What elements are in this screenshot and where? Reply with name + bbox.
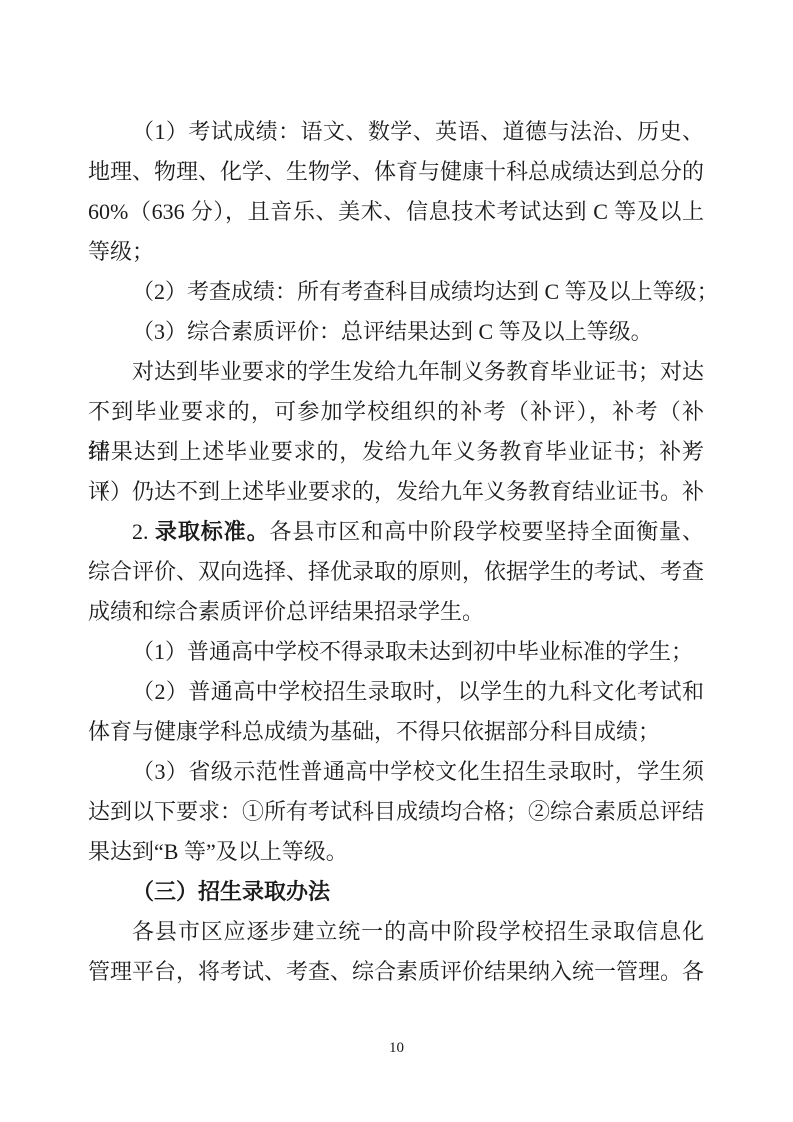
document-line: 60%（636 分），且音乐、美术、信息技术考试达到 C 等及以上 [88,192,704,232]
text-segment: 各县市区和高中阶段学校要坚持全面衡量、 [270,519,704,544]
text-segment: 果达到“B 等”及以上等级。 [88,839,348,864]
document-line: 等级； [88,232,704,272]
document-line: 各县市区应逐步建立统一的高中阶段学校招生录取信息化 [88,912,704,952]
text-segment: 60%（636 分），且音乐、美术、信息技术考试达到 C 等及以上 [88,199,704,224]
text-segment: 评）仍达不到上述毕业要求的，发给九年义务教育结业证书。 [88,479,682,504]
document-line: 对达到毕业要求的学生发给九年制义务教育毕业证书；对达 [88,352,704,392]
document-line: 综合评价、双向选择、择优录取的原则，依据学生的考试、考查 [88,552,704,592]
bold-text-segment: 录取标准。 [155,519,270,544]
text-segment: （3）综合素质评价：总评结果达到 C 等及以上等级。 [132,319,653,344]
text-segment: （1）普通高中学校不得录取未达到初中毕业标准的学生； [132,639,693,664]
document-line: （三）招生录取办法 [88,872,704,912]
document-line: 管理平台，将考试、考查、综合素质评价结果纳入统一管理。各 [88,952,704,992]
document-line: 果达到“B 等”及以上等级。 [88,832,704,872]
text-segment: 体育与健康学科总成绩为基础，不得只依据部分科目成绩； [88,719,660,744]
document-line: （1）考试成绩：语文、数学、英语、道德与法治、历史、 [88,112,704,152]
document-line: （3）省级示范性普通高中学校文化生招生录取时，学生须 [88,752,704,792]
document-line: （1）普通高中学校不得录取未达到初中毕业标准的学生； [88,632,704,672]
document-line: 2. 录取标准。各县市区和高中阶段学校要坚持全面衡量、 [88,512,704,552]
text-segment: 综合评价、双向选择、择优录取的原则，依据学生的考试、考查 [88,559,704,584]
text-segment: 等级； [88,239,154,264]
text-segment: 管理平台，将考试、考查、综合素质评价结果纳入统一管理。各 [88,959,704,984]
page-number: 10 [0,1038,793,1058]
document-line: 体育与健康学科总成绩为基础，不得只依据部分科目成绩； [88,712,704,752]
text-segment: 各县市区应逐步建立统一的高中阶段学校招生录取信息化 [132,919,704,944]
document-line: 结果达到上述毕业要求的，发给九年义务教育毕业证书；补考（补 [88,432,704,472]
text-segment: （2）普通高中学校招生录取时，以学生的九科文化考试和 [132,679,704,704]
text-segment: 地理、物理、化学、生物学、体育与健康十科总成绩达到总分的 [88,159,704,184]
text-segment: 成绩和综合素质评价总评结果招录学生。 [88,599,484,624]
document-line: 成绩和综合素质评价总评结果招录学生。 [88,592,704,632]
document-line: 评）仍达不到上述毕业要求的，发给九年义务教育结业证书。 [88,472,704,512]
document-line: （2）考查成绩：所有考查科目成绩均达到 C 等及以上等级； [88,272,704,312]
document-line: （3）综合素质评价：总评结果达到 C 等及以上等级。 [88,312,704,352]
text-segment: （1）考试成绩：语文、数学、英语、道德与法治、历史、 [132,119,704,144]
text-segment: （三）招生录取办法 [132,879,330,904]
document-page: （1）考试成绩：语文、数学、英语、道德与法治、历史、地理、物理、化学、生物学、体… [0,0,793,1122]
text-segment: 达到以下要求：①所有考试科目成绩均合格；②综合素质总评结 [88,799,704,824]
text-segment: （2）考查成绩：所有考查科目成绩均达到 C 等及以上等级； [132,279,719,304]
document-line: 地理、物理、化学、生物学、体育与健康十科总成绩达到总分的 [88,152,704,192]
text-segment: 2. [132,519,155,544]
document-line: （2）普通高中学校招生录取时，以学生的九科文化考试和 [88,672,704,712]
document-line: 达到以下要求：①所有考试科目成绩均合格；②综合素质总评结 [88,792,704,832]
document-body: （1）考试成绩：语文、数学、英语、道德与法治、历史、地理、物理、化学、生物学、体… [88,112,704,992]
document-line: 不到毕业要求的，可参加学校组织的补考（补评），补考（补评） [88,392,704,432]
text-segment: （3）省级示范性普通高中学校文化生招生录取时，学生须 [132,759,704,784]
text-segment: 对达到毕业要求的学生发给九年制义务教育毕业证书；对达 [132,359,704,384]
